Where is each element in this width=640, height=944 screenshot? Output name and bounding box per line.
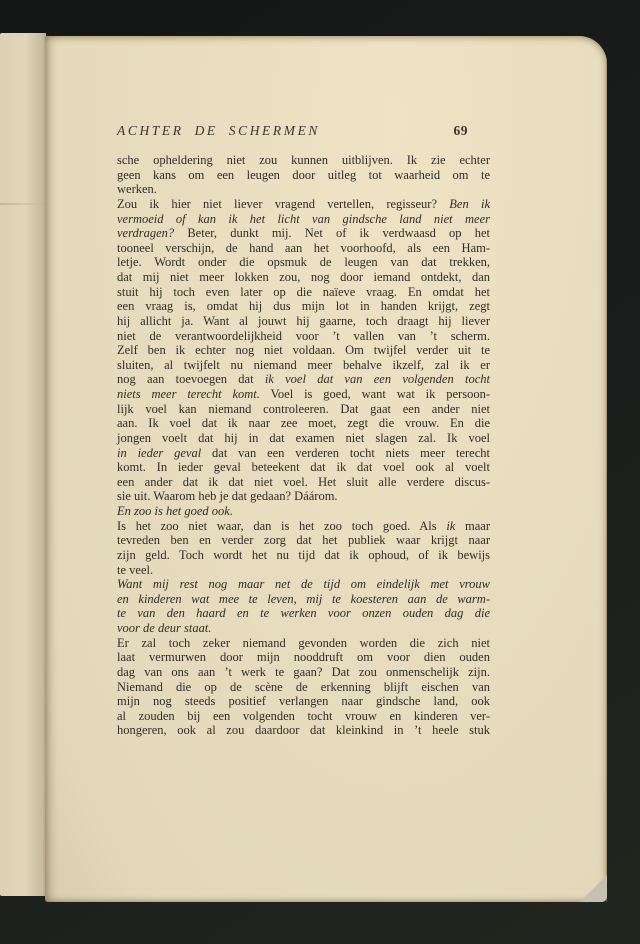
text-segment: werken. [117, 182, 157, 196]
text-line: hongeren, ook al zou daardoor dat kleink… [117, 723, 490, 738]
text-line: sluiten, al twijfelt nu niemand meer beh… [117, 358, 490, 373]
italic-text-segment: ik [446, 519, 455, 533]
body-text: sche opheldering niet zou kunnen uitblij… [117, 153, 490, 738]
text-line: Niemand die op de scène de erkenning bli… [117, 680, 490, 695]
italic-text-segment: in ieder geval [117, 446, 201, 460]
text-segment: dag van ons aan ’t werk te gaan? Dat zou… [117, 665, 490, 679]
text-segment: mijn nog steeds positief verlangen naar … [117, 694, 490, 708]
text-segment: sie uit. Waarom heb je dat gedaan? Dááro… [117, 489, 338, 503]
text-segment: tevreden ben en verder zorg dat het publ… [117, 533, 490, 547]
text-line: sche opheldering niet zou kunnen uitblij… [117, 153, 490, 168]
text-line: verdragen? Beter, dunkt mij. Net of ik v… [117, 226, 490, 241]
running-header: ACHTER DE SCHERMEN 69 [117, 123, 490, 139]
text-segment: Zelf ben ik echter nog niet voldaan. Om … [117, 343, 490, 357]
text-line: En zoo is het goed ook. [117, 504, 490, 519]
text-segment: Er zal toch zeker niemand gevonden worde… [117, 636, 490, 650]
text-line: vermoeid of kan ik het licht van gindsch… [117, 212, 490, 227]
book-page: ACHTER DE SCHERMEN 69 sche opheldering n… [45, 36, 607, 902]
text-line: Is het zoo niet waar, dan is het zoo toc… [117, 519, 490, 534]
text-segment: Voel is goed, want wat ik persoon- [260, 387, 490, 401]
text-segment: een vraag is, omdat hij dus mijn lot in … [117, 299, 490, 313]
text-line: dag van ons aan ’t werk te gaan? Dat zou… [117, 665, 490, 680]
text-segment: dat mij niet meer lokken zou, nog door i… [117, 270, 490, 284]
text-segment: zijn geld. Toch wordt het nu tijd dat ik… [117, 548, 490, 562]
text-line: aan. Ik voel dat ik naar zee moet, zegt … [117, 416, 490, 431]
text-line: nog aan toevoegen dat ik voel dat van ee… [117, 372, 490, 387]
italic-text-segment: verdragen? [117, 226, 174, 240]
running-header-title: ACHTER DE SCHERMEN [117, 123, 320, 139]
text-segment: jongen voelt dat hij in dat examen niet … [117, 431, 490, 445]
text-line: te veel. [117, 563, 490, 578]
page-number: 69 [454, 123, 491, 139]
text-line: werken. [117, 182, 490, 197]
italic-text-segment: Ben ik [449, 197, 490, 211]
text-line: stuit hij toch even later op die naïeve … [117, 285, 490, 300]
italic-text-segment: En zoo is het goed ook. [117, 504, 233, 518]
text-line: tooneel verschijn, de hand aan het voorh… [117, 241, 490, 256]
text-segment: Beter, dunkt mij. Net of ik verdwaasd op… [174, 226, 490, 240]
text-line: te van den haard en te werken voor onzen… [117, 606, 490, 621]
text-line: niets meer terecht komt. Voel is goed, w… [117, 387, 490, 402]
book-photo: ACHTER DE SCHERMEN 69 sche opheldering n… [0, 0, 640, 944]
text-segment: hij allicht ja. Want al jouwt hij gaarne… [117, 314, 490, 328]
text-line: mijn nog steeds positief verlangen naar … [117, 694, 490, 709]
text-line: en kinderen wat mee te leven, mij te koe… [117, 592, 490, 607]
italic-text-segment: vermoeid of kan ik het licht van gindsch… [117, 212, 490, 226]
text-segment: maar [455, 519, 490, 533]
text-line: voor de deur staat. [117, 621, 490, 636]
text-line: Zou ik hier niet liever vragend vertelle… [117, 197, 490, 212]
text-line: niet de verantwoordelijkheid voor ’t val… [117, 329, 490, 344]
text-line: Want mij rest nog maar net de tijd om ei… [117, 577, 490, 592]
italic-text-segment: te van den haard en te werken voor onzen… [117, 606, 490, 620]
text-line: dat mij niet meer lokken zou, nog door i… [117, 270, 490, 285]
text-line: lijk voel kan niemand controleeren. Dat … [117, 402, 490, 417]
text-segment: sche opheldering niet zou kunnen uitblij… [117, 153, 490, 167]
text-line: hij allicht ja. Want al jouwt hij gaarne… [117, 314, 490, 329]
text-line: in ieder geval dat van een verderen toch… [117, 446, 490, 461]
text-segment: letje. Wordt onder die opsmuk de leugen … [117, 255, 490, 269]
text-segment: komt. In ieder geval beteekent dat ik da… [117, 460, 490, 474]
italic-text-segment: ik voel dat van een volgenden tocht [265, 372, 490, 386]
text-segment: laat vermurwen door mijn nooddruft om vo… [117, 650, 490, 664]
text-line: jongen voelt dat hij in dat examen niet … [117, 431, 490, 446]
text-line: al zouden bij een volgenden tocht vrouw … [117, 709, 490, 724]
text-line: komt. In ieder geval beteekent dat ik da… [117, 460, 490, 475]
text-segment: Zou ik hier niet liever vragend vertelle… [117, 197, 449, 211]
text-line: een vraag is, omdat hij dus mijn lot in … [117, 299, 490, 314]
text-line: laat vermurwen door mijn nooddruft om vo… [117, 650, 490, 665]
text-segment: aan. Ik voel dat ik naar zee moet, zegt … [117, 416, 490, 430]
text-segment: dat van een verderen tocht niets meer te… [201, 446, 490, 460]
text-segment: Is het zoo niet waar, dan is het zoo toc… [117, 519, 446, 533]
text-segment: al zouden bij een volgenden tocht vrouw … [117, 709, 490, 723]
text-segment: sluiten, al twijfelt nu niemand meer beh… [117, 358, 490, 372]
italic-text-segment: Want mij rest nog maar net de tijd om ei… [117, 577, 490, 591]
corner-fold [579, 874, 607, 902]
text-segment: een ander dat ik dat niet voel. Het slui… [117, 475, 490, 489]
text-segment: Niemand die op de scène de erkenning bli… [117, 680, 490, 694]
text-line: tevreden ben en verder zorg dat het publ… [117, 533, 490, 548]
text-segment: hongeren, ook al zou daardoor dat kleink… [117, 723, 490, 737]
text-line: Zelf ben ik echter nog niet voldaan. Om … [117, 343, 490, 358]
page-edge [606, 60, 607, 902]
facing-page-edge [0, 33, 46, 896]
text-segment: tooneel verschijn, de hand aan het voorh… [117, 241, 490, 255]
text-segment: te veel. [117, 563, 153, 577]
text-line: geen kans om een leugen door uitleg tot … [117, 168, 490, 183]
text-segment: niet de verantwoordelijkheid voor ’t val… [117, 329, 490, 343]
italic-text-segment: voor de deur staat. [117, 621, 211, 635]
text-line: zijn geld. Toch wordt het nu tijd dat ik… [117, 548, 490, 563]
text-segment: nog aan toevoegen dat [117, 372, 265, 386]
text-line: letje. Wordt onder die opsmuk de leugen … [117, 255, 490, 270]
italic-text-segment: en kinderen wat mee te leven, mij te koe… [117, 592, 490, 606]
text-segment: stuit hij toch even later op die naïeve … [117, 285, 490, 299]
italic-text-segment: niets meer terecht komt. [117, 387, 260, 401]
text-line: een ander dat ik dat niet voel. Het slui… [117, 475, 490, 490]
horizontal-crease [0, 203, 46, 205]
text-line: Er zal toch zeker niemand gevonden worde… [117, 636, 490, 651]
text-segment: lijk voel kan niemand controleeren. Dat … [117, 402, 490, 416]
text-line: sie uit. Waarom heb je dat gedaan? Dááro… [117, 489, 490, 504]
text-segment: geen kans om een leugen door uitleg tot … [117, 168, 490, 182]
